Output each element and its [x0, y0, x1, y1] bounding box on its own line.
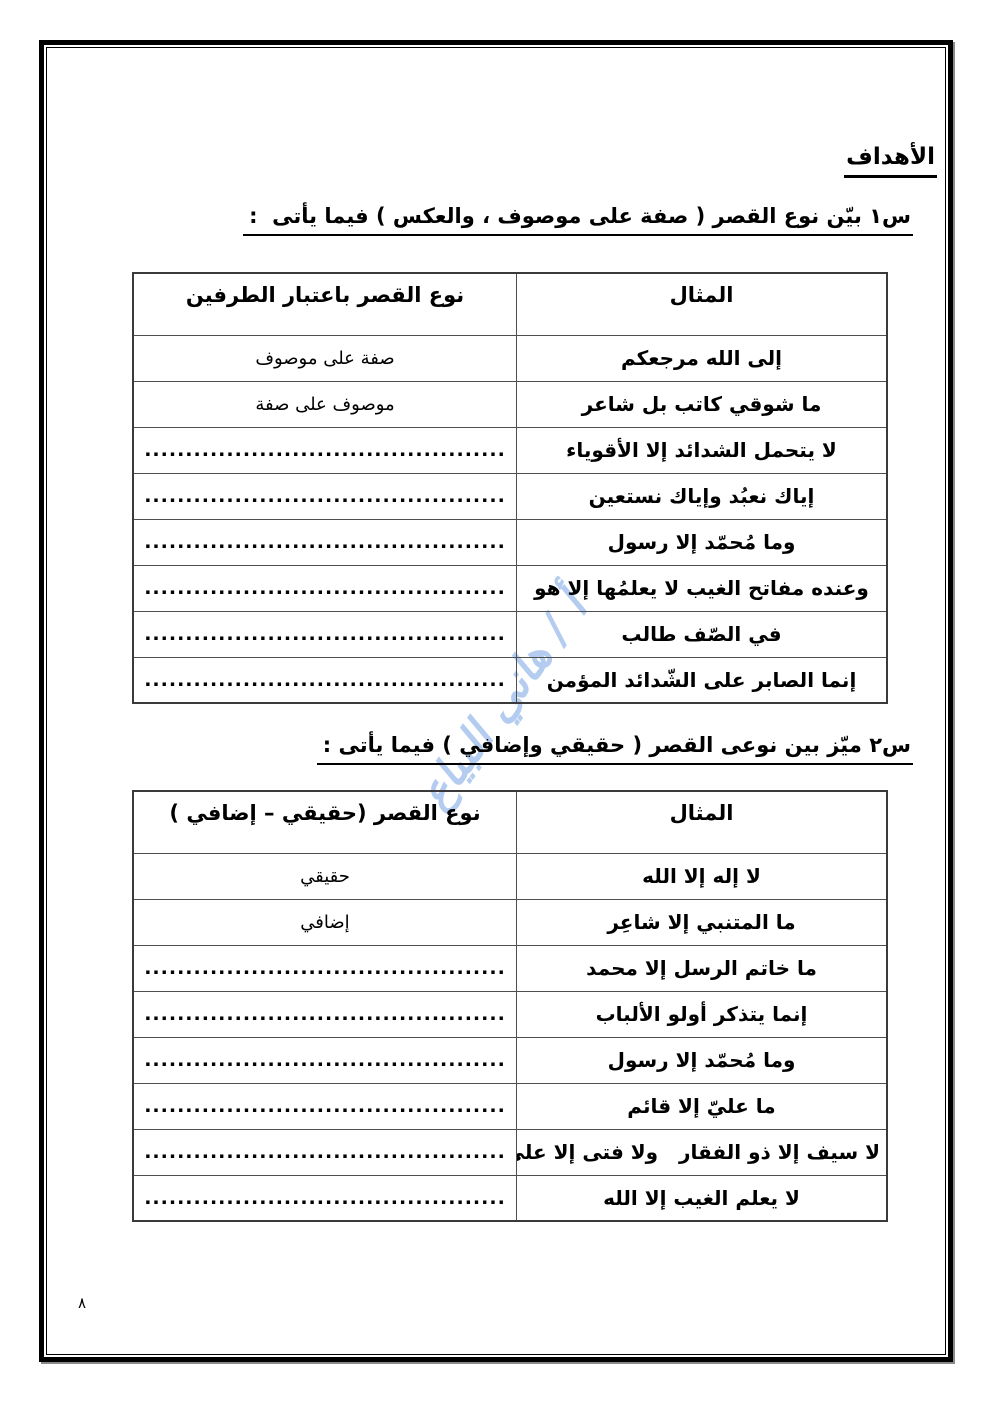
table-row: إنما الصابر على الشّدائد المؤمن ........…: [133, 657, 887, 703]
blank-answer-cell: ........................................…: [133, 945, 517, 991]
example-cell: لا يتحمل الشدائد إلا الأقوياء: [517, 427, 888, 473]
table-row: لا إله إلا الله حقيقي: [133, 853, 887, 899]
table-row: لا سيف إلا ذو الفقار ولا فتى إلا علي ...…: [133, 1129, 887, 1175]
example-cell: لا يعلم الغيب إلا الله: [517, 1175, 888, 1221]
qasr-kind-table: المثال نوع القصر (حقيقي – إضافي ) لا إله…: [132, 790, 888, 1222]
page-number: ٨: [78, 1294, 86, 1312]
blank-answer-cell: ........................................…: [133, 473, 517, 519]
example-cell: لا سيف إلا ذو الفقار ولا فتى إلا علي: [517, 1129, 888, 1175]
question-1-heading: س١ بيّن نوع القصر ( صفة على موصوف ، والع…: [243, 204, 913, 236]
blank-answer-cell: ........................................…: [133, 1083, 517, 1129]
example-cell: إلى الله مرجعكم: [517, 335, 888, 381]
example-cell: لا إله إلا الله: [517, 853, 888, 899]
answer-cell: إضافي: [133, 899, 517, 945]
example-cell: وما مُحمّد إلا رسول: [517, 519, 888, 565]
blank-answer-cell: ........................................…: [133, 1129, 517, 1175]
blank-answer-cell: ........................................…: [133, 991, 517, 1037]
example-cell: ما خاتم الرسل إلا محمد: [517, 945, 888, 991]
answer-cell: موصوف على صفة: [133, 381, 517, 427]
table-row: وما مُحمّد إلا رسول ....................…: [133, 519, 887, 565]
example-cell: ما عليّ إلا قائم: [517, 1083, 888, 1129]
example-column-header: المثال: [517, 791, 888, 853]
table-row: إنما يتذكر أولو الألباب ................…: [133, 991, 887, 1037]
blank-answer-cell: ........................................…: [133, 565, 517, 611]
table-row: في الصّف طالب ..........................…: [133, 611, 887, 657]
table-row: وعنده مفاتح الغيب لا يعلمُها إلا هو ....…: [133, 565, 887, 611]
table-row: لا يعلم الغيب إلا الله .................…: [133, 1175, 887, 1221]
answer-cell: حقيقي: [133, 853, 517, 899]
example-cell: وعنده مفاتح الغيب لا يعلمُها إلا هو: [517, 565, 888, 611]
example-column-header: المثال: [517, 273, 888, 335]
blank-answer-cell: ........................................…: [133, 519, 517, 565]
blank-answer-cell: ........................................…: [133, 427, 517, 473]
blank-answer-cell: ........................................…: [133, 1175, 517, 1221]
table-header-row: المثال نوع القصر (حقيقي – إضافي ): [133, 791, 887, 853]
qasr-type-table: المثال نوع القصر باعتبار الطرفين إلى الل…: [132, 272, 888, 704]
example-cell: ما شوقي كاتب بل شاعر: [517, 381, 888, 427]
table-header-row: المثال نوع القصر باعتبار الطرفين: [133, 273, 887, 335]
example-cell: إنما الصابر على الشّدائد المؤمن: [517, 657, 888, 703]
example-cell: وما مُحمّد إلا رسول: [517, 1037, 888, 1083]
type-column-header: نوع القصر باعتبار الطرفين: [133, 273, 517, 335]
table-row: إلى الله مرجعكم صفة على موصوف: [133, 335, 887, 381]
blank-answer-cell: ........................................…: [133, 657, 517, 703]
table-row: ما خاتم الرسل إلا محمد .................…: [133, 945, 887, 991]
example-cell: ما المتنبي إلا شاعِر: [517, 899, 888, 945]
example-cell: في الصّف طالب: [517, 611, 888, 657]
question-2-heading: س٢ ميّز بين نوعى القصر ( حقيقي وإضافي ) …: [317, 733, 913, 765]
objectives-title: الأهداف: [844, 144, 937, 178]
document-page: { "page": { "number": "٨", "watermark": …: [0, 0, 992, 1403]
blank-answer-cell: ........................................…: [133, 611, 517, 657]
table-row: ما شوقي كاتب بل شاعر موصوف على صفة: [133, 381, 887, 427]
type-column-header: نوع القصر (حقيقي – إضافي ): [133, 791, 517, 853]
answer-cell: صفة على موصوف: [133, 335, 517, 381]
example-cell: إنما يتذكر أولو الألباب: [517, 991, 888, 1037]
example-cell: إياك نعبُد وإياك نستعين: [517, 473, 888, 519]
table-row: وما مُحمّد إلا رسول ....................…: [133, 1037, 887, 1083]
table-row: ما عليّ إلا قائم .......................…: [133, 1083, 887, 1129]
table-row: ما المتنبي إلا شاعِر إضافي: [133, 899, 887, 945]
table-row: إياك نعبُد وإياك نستعين ................…: [133, 473, 887, 519]
blank-answer-cell: ........................................…: [133, 1037, 517, 1083]
table-row: لا يتحمل الشدائد إلا الأقوياء ..........…: [133, 427, 887, 473]
